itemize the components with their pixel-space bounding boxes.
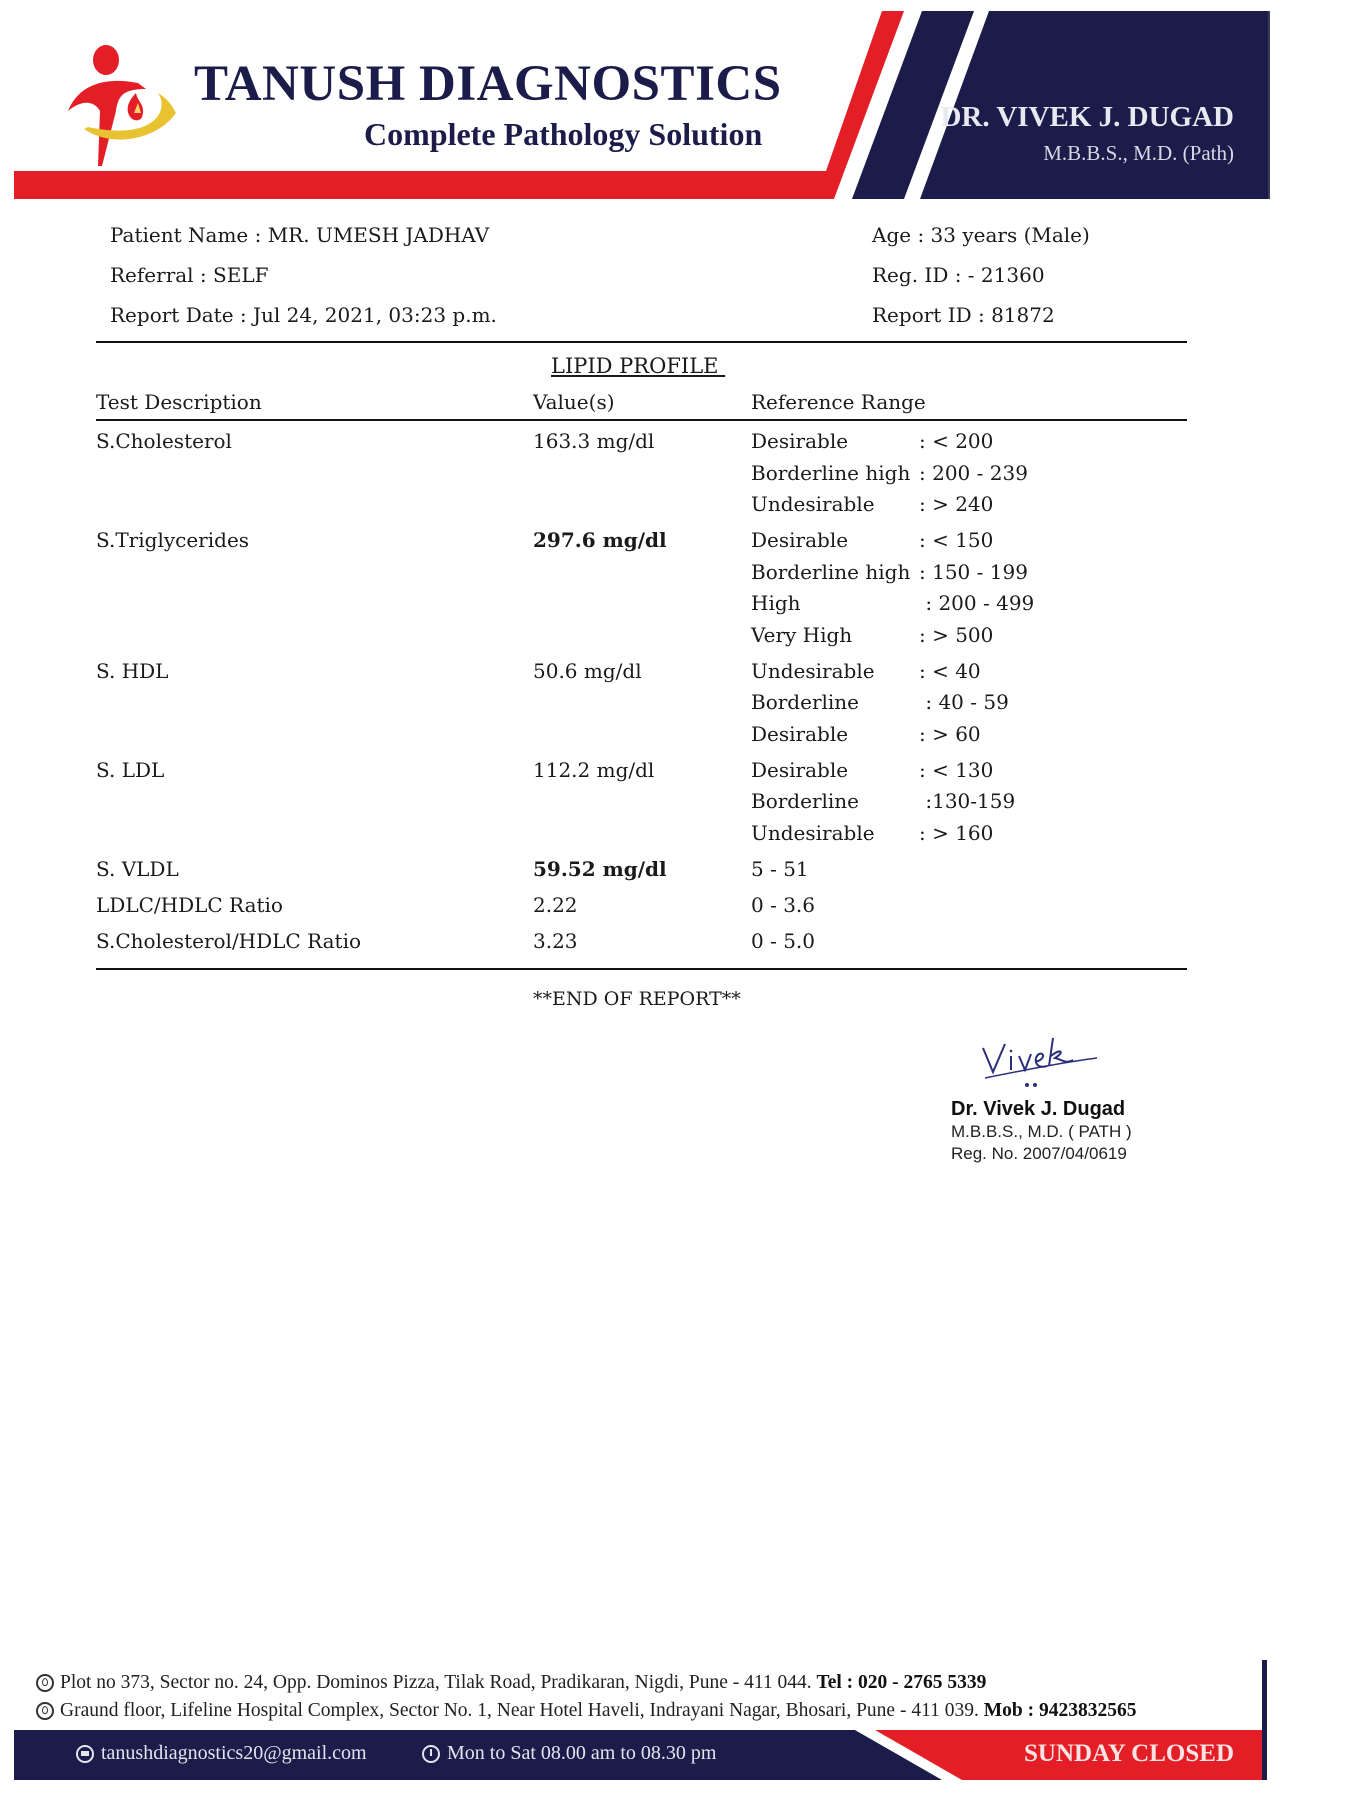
range-limits: : > 240: [919, 489, 993, 521]
reference-range: Desirable: < 200Borderline high: 200 - 2…: [751, 426, 1028, 521]
range-category: Borderline high: [751, 557, 919, 589]
test-name: LDLC/HDLC Ratio: [96, 890, 283, 922]
header-doctor-qualification: M.B.B.S., M.D. (Path): [1043, 141, 1234, 166]
reference-range: Desirable: < 150Borderline high: 150 - 1…: [751, 525, 1034, 651]
divider: [96, 968, 1187, 970]
clock-icon: [422, 1745, 440, 1763]
test-name: S.Triglycerides: [96, 525, 249, 557]
range-category: Borderline: [751, 786, 919, 818]
range-category: Undesirable: [751, 489, 919, 521]
report-id: Report ID : 81872: [872, 303, 1055, 327]
section-title: LIPID PROFILE: [551, 354, 725, 378]
patient-age: Age : 33 years (Male): [872, 223, 1090, 247]
range-limits: 0 - 5.0: [751, 926, 815, 958]
email-contact: tanushdiagnostics20@gmail.com: [76, 1742, 367, 1765]
address-line-1: Plot no 373, Sector no. 24, Opp. Dominos…: [36, 1672, 986, 1694]
range-category: Desirable: [751, 755, 919, 787]
range-limits: 0 - 3.6: [751, 890, 815, 922]
reference-range-line: Desirable: < 130: [751, 755, 1015, 787]
range-limits: : 40 - 59: [919, 687, 1009, 719]
range-category: Undesirable: [751, 818, 919, 850]
test-name: S.Cholesterol: [96, 426, 232, 458]
range-limits: 5 - 51: [751, 854, 809, 886]
reference-range-line: Borderline : 40 - 59: [751, 687, 1009, 719]
working-hours: Mon to Sat 08.00 am to 08.30 pm: [422, 1742, 716, 1765]
range-category: Desirable: [751, 525, 919, 557]
test-value: 50.6 mg/dl: [533, 656, 642, 688]
end-of-report: **END OF REPORT**: [533, 988, 741, 1010]
divider: [96, 341, 1187, 343]
reference-range: 0 - 3.6: [751, 890, 815, 922]
column-header-test: Test Description: [96, 390, 262, 414]
range-limits: : < 150: [919, 525, 993, 557]
range-category: Undesirable: [751, 656, 919, 688]
signatory-qualification: M.B.B.S., M.D. ( PATH ): [951, 1122, 1132, 1142]
range-limits: : 200 - 239: [919, 458, 1028, 490]
reference-range: 0 - 5.0: [751, 926, 815, 958]
test-name: S. VLDL: [96, 854, 179, 886]
range-limits: : 200 - 499: [919, 588, 1034, 620]
letterhead-banner: TANUSH DIAGNOSTICS Complete Pathology So…: [14, 11, 1270, 199]
range-category: Very High: [751, 620, 919, 652]
range-limits: : > 500: [919, 620, 993, 652]
location-pin-icon: [36, 1702, 54, 1720]
test-value: 3.23: [533, 926, 578, 958]
test-value: 163.3 mg/dl: [533, 426, 654, 458]
letterhead-footer: Plot no 373, Sector no. 24, Opp. Dominos…: [0, 1660, 1350, 1790]
hours-text: Mon to Sat 08.00 am to 08.30 pm: [447, 1742, 716, 1765]
range-category: Desirable: [751, 719, 919, 751]
brand-name: TANUSH DIAGNOSTICS: [194, 55, 782, 113]
address-2-text: Graund floor, Lifeline Hospital Complex,…: [60, 1700, 979, 1722]
range-category: Borderline: [751, 687, 919, 719]
signatory-name: Dr. Vivek J. Dugad: [951, 1098, 1125, 1121]
test-value: 2.22: [533, 890, 578, 922]
reference-range-line: High : 200 - 499: [751, 588, 1034, 620]
signature-icon: [975, 1030, 1105, 1090]
range-limits: : < 40: [919, 656, 981, 688]
test-name: S.Cholesterol/HDLC Ratio: [96, 926, 361, 958]
header-divider: [96, 419, 1187, 421]
patient-name: Patient Name : MR. UMESH JADHAV: [110, 223, 489, 247]
test-value-flagged: 297.6 mg/dl: [533, 525, 667, 557]
email-text: tanushdiagnostics20@gmail.com: [101, 1742, 367, 1765]
mobile: Mob : 9423832565: [984, 1700, 1137, 1722]
reference-range: Undesirable: < 40Borderline : 40 - 59Des…: [751, 656, 1009, 751]
mail-icon: [76, 1745, 94, 1763]
referral: Referral : SELF: [110, 263, 269, 287]
test-value-flagged: 59.52 mg/dl: [533, 854, 667, 886]
range-category: High: [751, 588, 919, 620]
report-date: Report Date : Jul 24, 2021, 03:23 p.m.: [110, 303, 497, 327]
range-limits: : 150 - 199: [919, 557, 1028, 589]
test-name: S. HDL: [96, 656, 168, 688]
header-doctor-name: DR. VIVEK J. DUGAD: [940, 101, 1234, 134]
test-value: 112.2 mg/dl: [533, 755, 654, 787]
range-limits: :130-159: [919, 786, 1015, 818]
reference-range: Desirable: < 130Borderline :130-159Undes…: [751, 755, 1015, 850]
reference-range-line: Undesirable: > 160: [751, 818, 1015, 850]
reference-range-line: Borderline :130-159: [751, 786, 1015, 818]
test-name: S. LDL: [96, 755, 164, 787]
reg-id: Reg. ID : - 21360: [872, 263, 1045, 287]
reference-range-line: Desirable: < 200: [751, 426, 1028, 458]
column-header-value: Value(s): [533, 390, 615, 414]
brand-logo-icon: [58, 41, 190, 173]
address-1-text: Plot no 373, Sector no. 24, Opp. Dominos…: [60, 1672, 812, 1694]
location-pin-icon: [36, 1674, 54, 1692]
reference-range-line: Borderline high: 200 - 239: [751, 458, 1028, 490]
column-header-reference: Reference Range: [751, 390, 926, 414]
reference-range: 5 - 51: [751, 854, 809, 886]
reference-range-line: Undesirable: > 240: [751, 489, 1028, 521]
range-category: Borderline high: [751, 458, 919, 490]
signatory-registration: Reg. No. 2007/04/0619: [951, 1144, 1127, 1164]
range-limits: : < 130: [919, 755, 993, 787]
address-line-2: Graund floor, Lifeline Hospital Complex,…: [36, 1700, 1137, 1722]
reference-range-line: Desirable: < 150: [751, 525, 1034, 557]
brand-tagline: Complete Pathology Solution: [364, 116, 762, 153]
telephone: Tel : 020 - 2765 5339: [817, 1672, 987, 1694]
reference-range-line: Desirable: > 60: [751, 719, 1009, 751]
range-limits: : < 200: [919, 426, 993, 458]
range-limits: : > 160: [919, 818, 993, 850]
reference-range-line: Borderline high: 150 - 199: [751, 557, 1034, 589]
range-limits: : > 60: [919, 719, 981, 751]
range-category: Desirable: [751, 426, 919, 458]
sunday-closed-notice: SUNDAY CLOSED: [1024, 1740, 1234, 1768]
reference-range-line: Undesirable: < 40: [751, 656, 1009, 688]
reference-range-line: Very High: > 500: [751, 620, 1034, 652]
